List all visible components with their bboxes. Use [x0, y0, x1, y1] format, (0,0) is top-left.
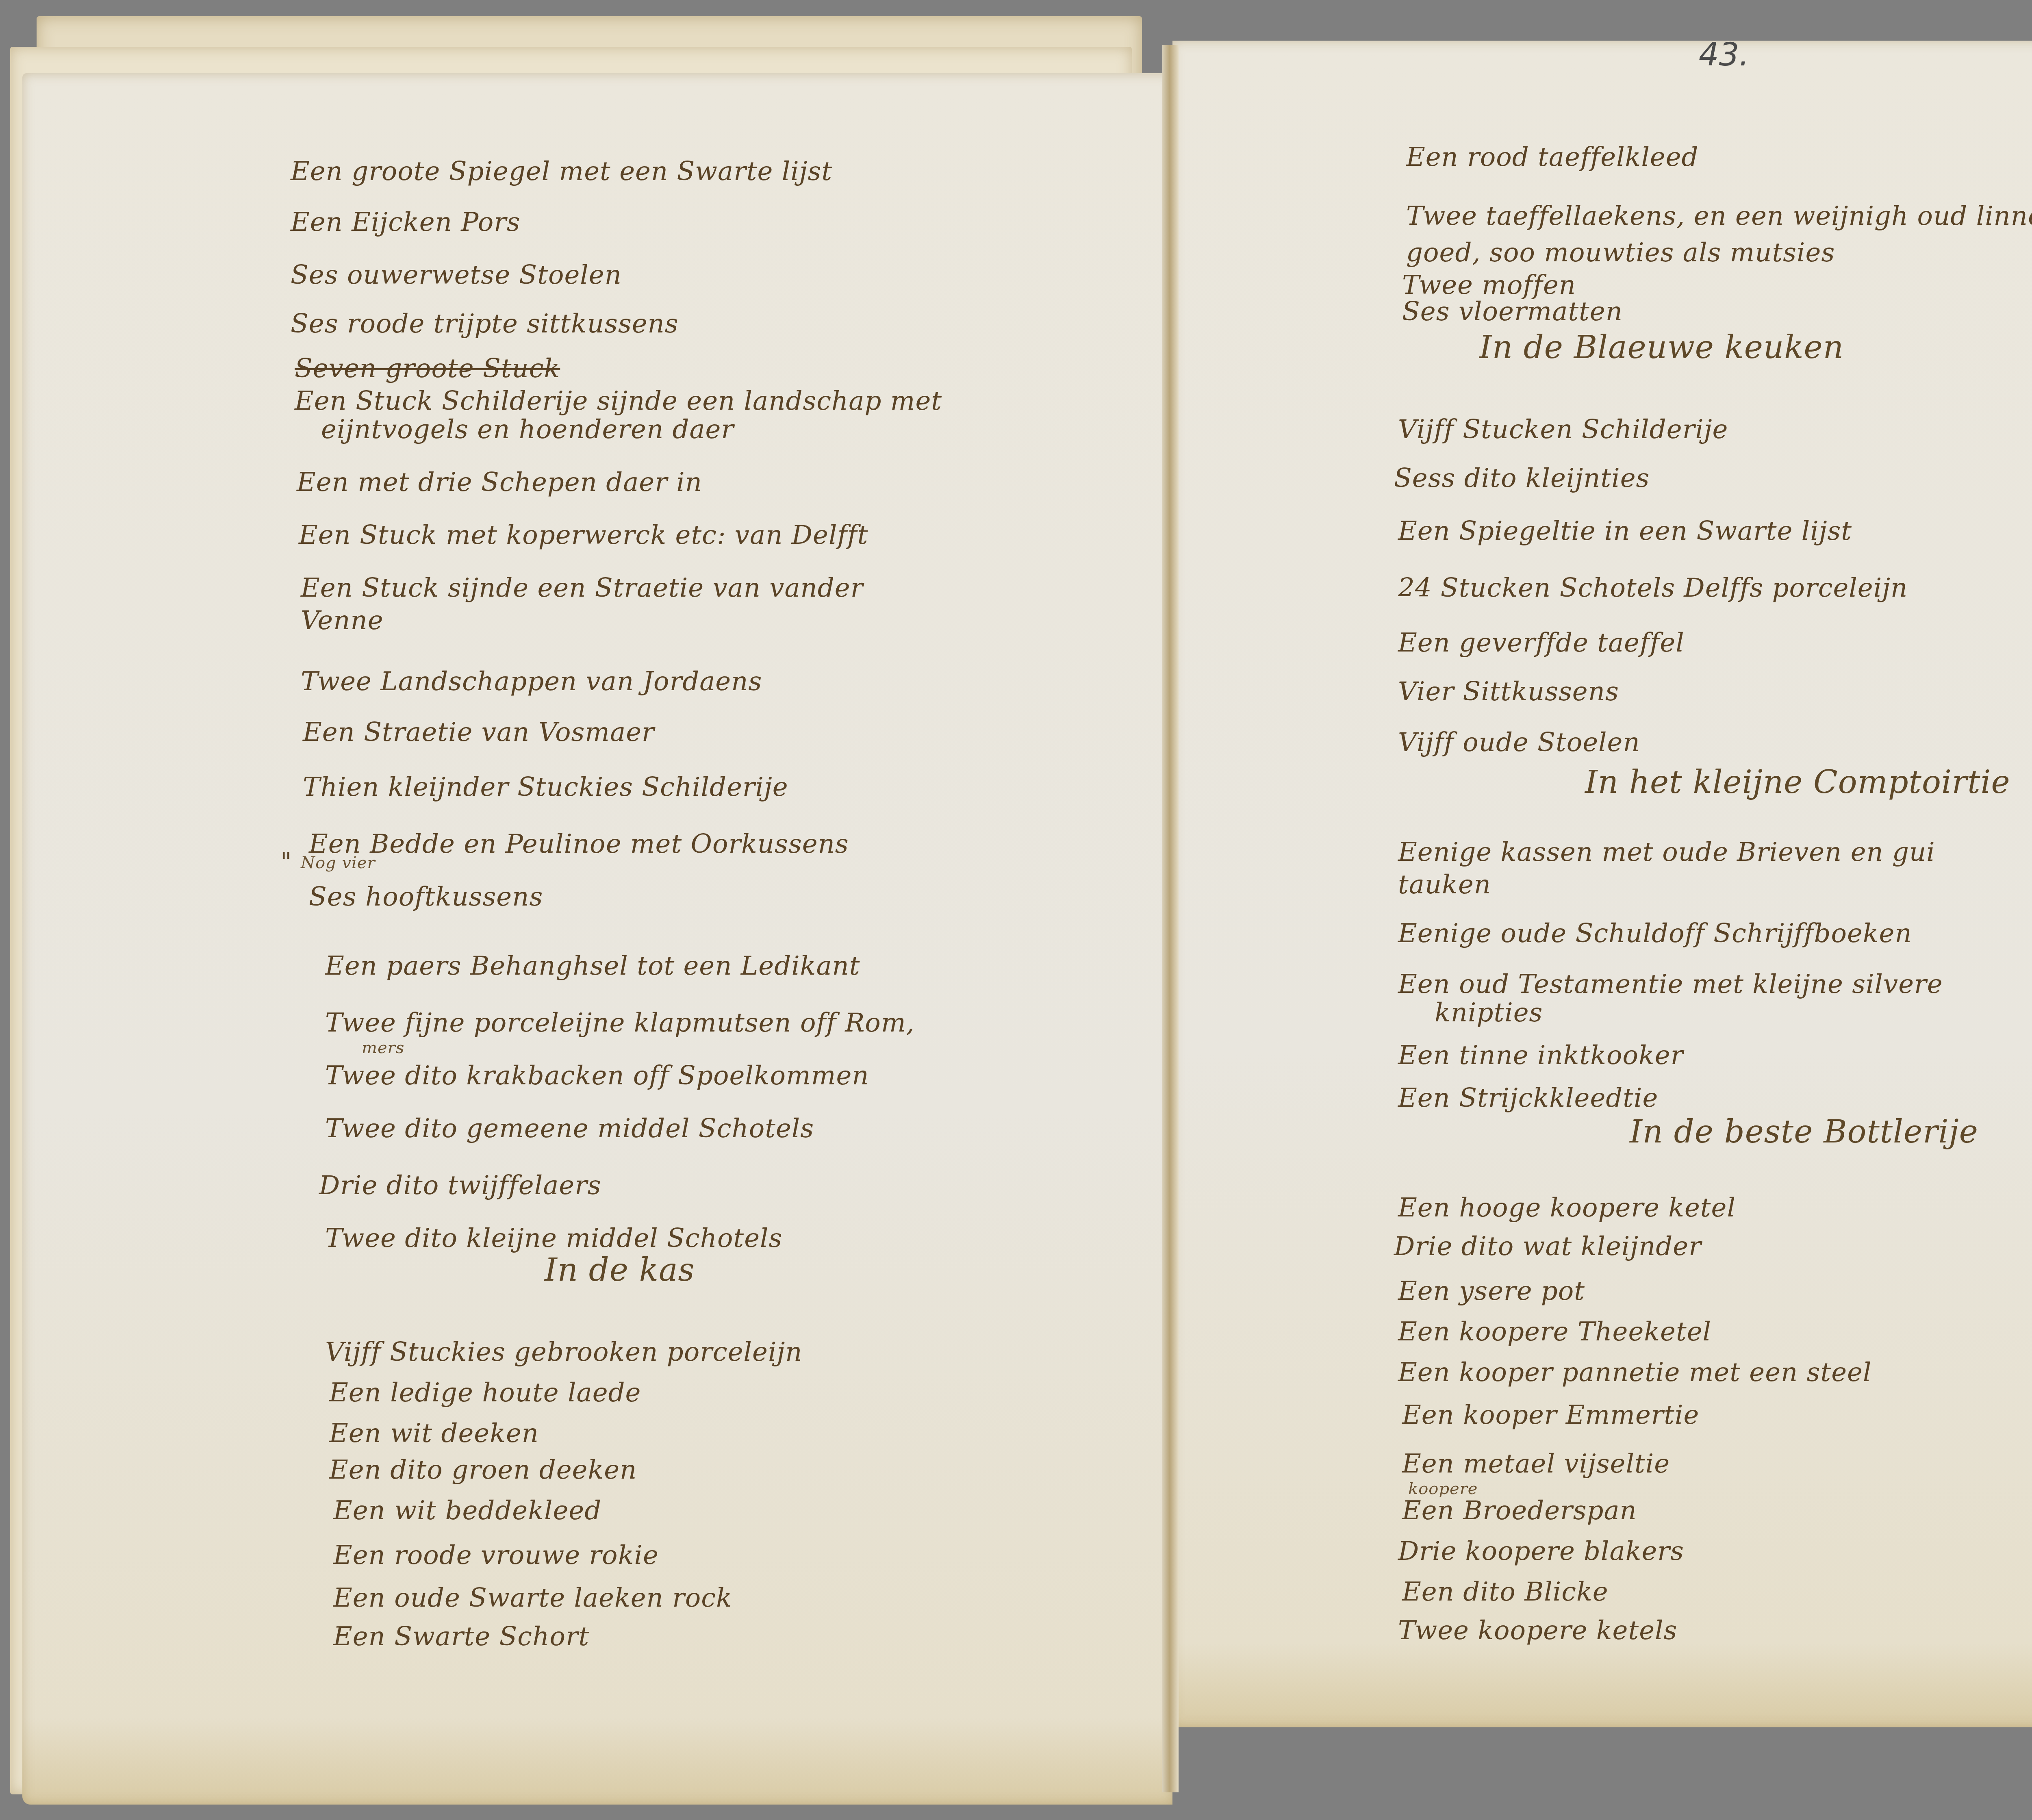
- inventory-line: Een Stuck met koperwerck etc: van Delfft: [299, 520, 868, 550]
- inventory-line: Een met drie Schepen daer in: [297, 467, 702, 497]
- inventory-line: Een paers Behanghsel tot een Ledikant: [325, 951, 860, 981]
- inventory-line: Een hooge koopere ketel: [1398, 1193, 1736, 1223]
- inventory-line: Twee taeffellaekens, en een weijnigh oud…: [1406, 201, 2032, 231]
- inventory-line: Drie dito wat kleijnder: [1394, 1231, 1702, 1262]
- inventory-line: Een Straetie van Vosmaer: [303, 717, 655, 747]
- inventory-line: Vijff Stucken Schilderije: [1398, 415, 1728, 445]
- folio-number: 43.: [1699, 37, 1749, 73]
- inventory-line: Ses ouwerwetse Stoelen: [291, 260, 622, 290]
- inventory-line: Twee Landschappen van Jordaens: [301, 667, 762, 697]
- inventory-line: Een dito Blicke: [1402, 1577, 1609, 1607]
- inventory-line: Een Strijckkleedtie: [1398, 1083, 1658, 1113]
- inventory-line: Een oud Testamentie met kleijne silvere: [1398, 969, 1943, 999]
- inventory-line: Een metael vijseltie: [1402, 1449, 1670, 1479]
- inventory-line: Een kooper Emmertie: [1402, 1400, 1699, 1430]
- inventory-line: Een Eijcken Pors: [291, 207, 521, 237]
- inventory-line: Eenige oude Schuldoff Schrijffboeken: [1398, 919, 1912, 949]
- inventory-line: Een tinne inktkooker: [1398, 1040, 1683, 1071]
- inventory-line: Sess dito kleijnties: [1394, 463, 1650, 493]
- inventory-line: Eenige kassen met oude Brieven en gui: [1398, 837, 1935, 867]
- inventory-line-continuation: Venne: [301, 606, 384, 636]
- inventory-line-struck: Seven groote Stuck: [295, 354, 560, 384]
- inventory-line-continuation: tauken: [1398, 870, 1491, 900]
- inventory-line: Een groote Spiegel met een Swarte lijst: [291, 156, 832, 187]
- inventory-line: goed, soo mouwties als mutsies: [1406, 238, 1835, 268]
- inventory-line: Een wit deeken: [329, 1418, 539, 1449]
- section-heading: In de beste Bottlerije: [1630, 1114, 1978, 1150]
- inventory-line: Een roode vrouwe rokie: [333, 1540, 659, 1570]
- interlinear-insertion: Nog vier: [301, 854, 376, 872]
- inventory-line: 24 Stucken Schotels Delffs porceleijn: [1398, 573, 1908, 603]
- inventory-line-continuation: knipties: [1435, 998, 1543, 1028]
- inventory-line: Een geverffde taeffel: [1398, 628, 1685, 658]
- inventory-line: Een koopere Theeketel: [1398, 1317, 1711, 1347]
- inventory-line: Een Bedde en Peulinoe met Oorkussens: [309, 829, 849, 859]
- inventory-line: Een dito groen deeken: [329, 1455, 637, 1485]
- inventory-line: Twee koopere ketels: [1398, 1616, 1677, 1646]
- inventory-line: Thien kleijnder Stuckies Schilderije: [303, 772, 788, 802]
- inventory-line: Een kooper pannetie met een steel: [1398, 1357, 1871, 1388]
- inventory-line-continuation: eijntvogels en hoenderen daer: [321, 415, 734, 445]
- interlinear-insertion: mers: [362, 1038, 404, 1057]
- inventory-line: Een rood taeffelkleed: [1406, 142, 1699, 172]
- inventory-line: Een Stuck sijnde een Straetie van vander: [301, 573, 863, 603]
- book-gutter: [1162, 45, 1179, 1792]
- section-heading: In de Blaeuwe keuken: [1479, 329, 1844, 366]
- inventory-line: Een Broederspan: [1402, 1496, 1637, 1526]
- inventory-line: Vijff oude Stoelen: [1398, 728, 1640, 758]
- inventory-line: Twee moffen: [1402, 270, 1576, 300]
- inventory-line: Twee dito gemeene middel Schotels: [325, 1114, 814, 1144]
- inventory-line: Twee dito krakbacken off Spoelkommen: [325, 1061, 869, 1091]
- inventory-line: Een wit beddekleed: [333, 1496, 601, 1526]
- inventory-line: Ses roode trijpte sittkussens: [291, 309, 679, 339]
- inventory-line: Een oude Swarte laeken rock: [333, 1583, 732, 1613]
- inventory-line: Een ledige houte laede: [329, 1378, 641, 1408]
- section-heading: In het kleijne Comptoirtie: [1585, 764, 2010, 801]
- inventory-line: Ses vloermatten: [1402, 297, 1623, 327]
- inventory-line: Een Swarte Schort: [333, 1622, 589, 1652]
- inventory-line: Drie dito twijffelaers: [319, 1171, 601, 1201]
- inventory-line: Ses hooftkussens: [309, 882, 543, 912]
- inventory-line: Vijff Stuckies gebrooken porceleijn: [325, 1337, 802, 1367]
- inventory-line: Drie koopere blakers: [1398, 1536, 1684, 1566]
- section-heading: In de kas: [545, 1252, 695, 1288]
- inventory-line: Een Spiegeltie in een Swarte lijst: [1398, 516, 1852, 546]
- inventory-line: Een Stuck Schilderije sijnde een landsch…: [295, 386, 942, 416]
- inventory-line: Een ysere pot: [1398, 1276, 1585, 1306]
- inventory-line: Twee dito kleijne middel Schotels: [325, 1223, 782, 1253]
- margin-ditto-mark: ": [280, 847, 292, 876]
- inventory-line: Twee fijne porceleijne klapmutsen off Ro…: [325, 1008, 915, 1038]
- inventory-line: Vier Sittkussens: [1398, 677, 1619, 707]
